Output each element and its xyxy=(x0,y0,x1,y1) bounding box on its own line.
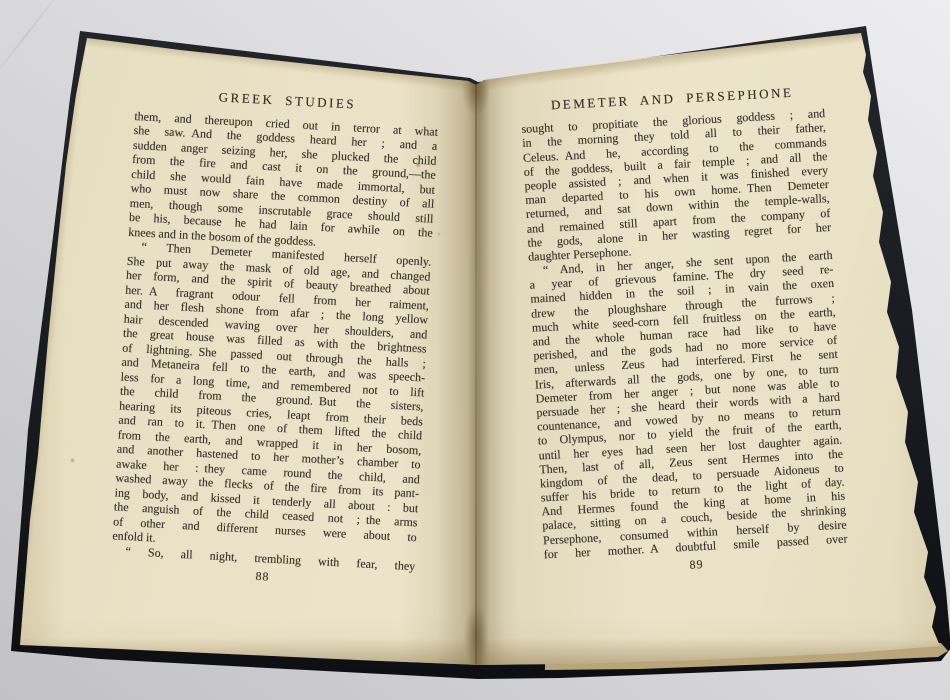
left-page: GREEK STUDIES them, and thereupon cried … xyxy=(110,86,439,592)
gutter-crease-line xyxy=(475,70,477,670)
open-book-pages: GREEK STUDIES them, and thereupon cried … xyxy=(0,0,950,700)
foxing-spot xyxy=(70,458,75,463)
spine-notch-top xyxy=(462,66,490,116)
left-page-body: them, and thereupon cried out in terror … xyxy=(111,108,438,573)
right-page: DEMETER AND PERSEPHONE sought to propiti… xyxy=(520,84,849,579)
right-page-body: sought to propitiate the glorious goddes… xyxy=(521,106,848,561)
spine-notch-bottom xyxy=(464,605,488,667)
photo-background: GREEK STUDIES them, and thereupon cried … xyxy=(0,0,950,700)
gutter-shadow xyxy=(437,55,519,680)
foxing-spot xyxy=(437,232,441,236)
backdrop-crease xyxy=(0,0,62,78)
top-edge-shadow-right xyxy=(478,30,866,91)
